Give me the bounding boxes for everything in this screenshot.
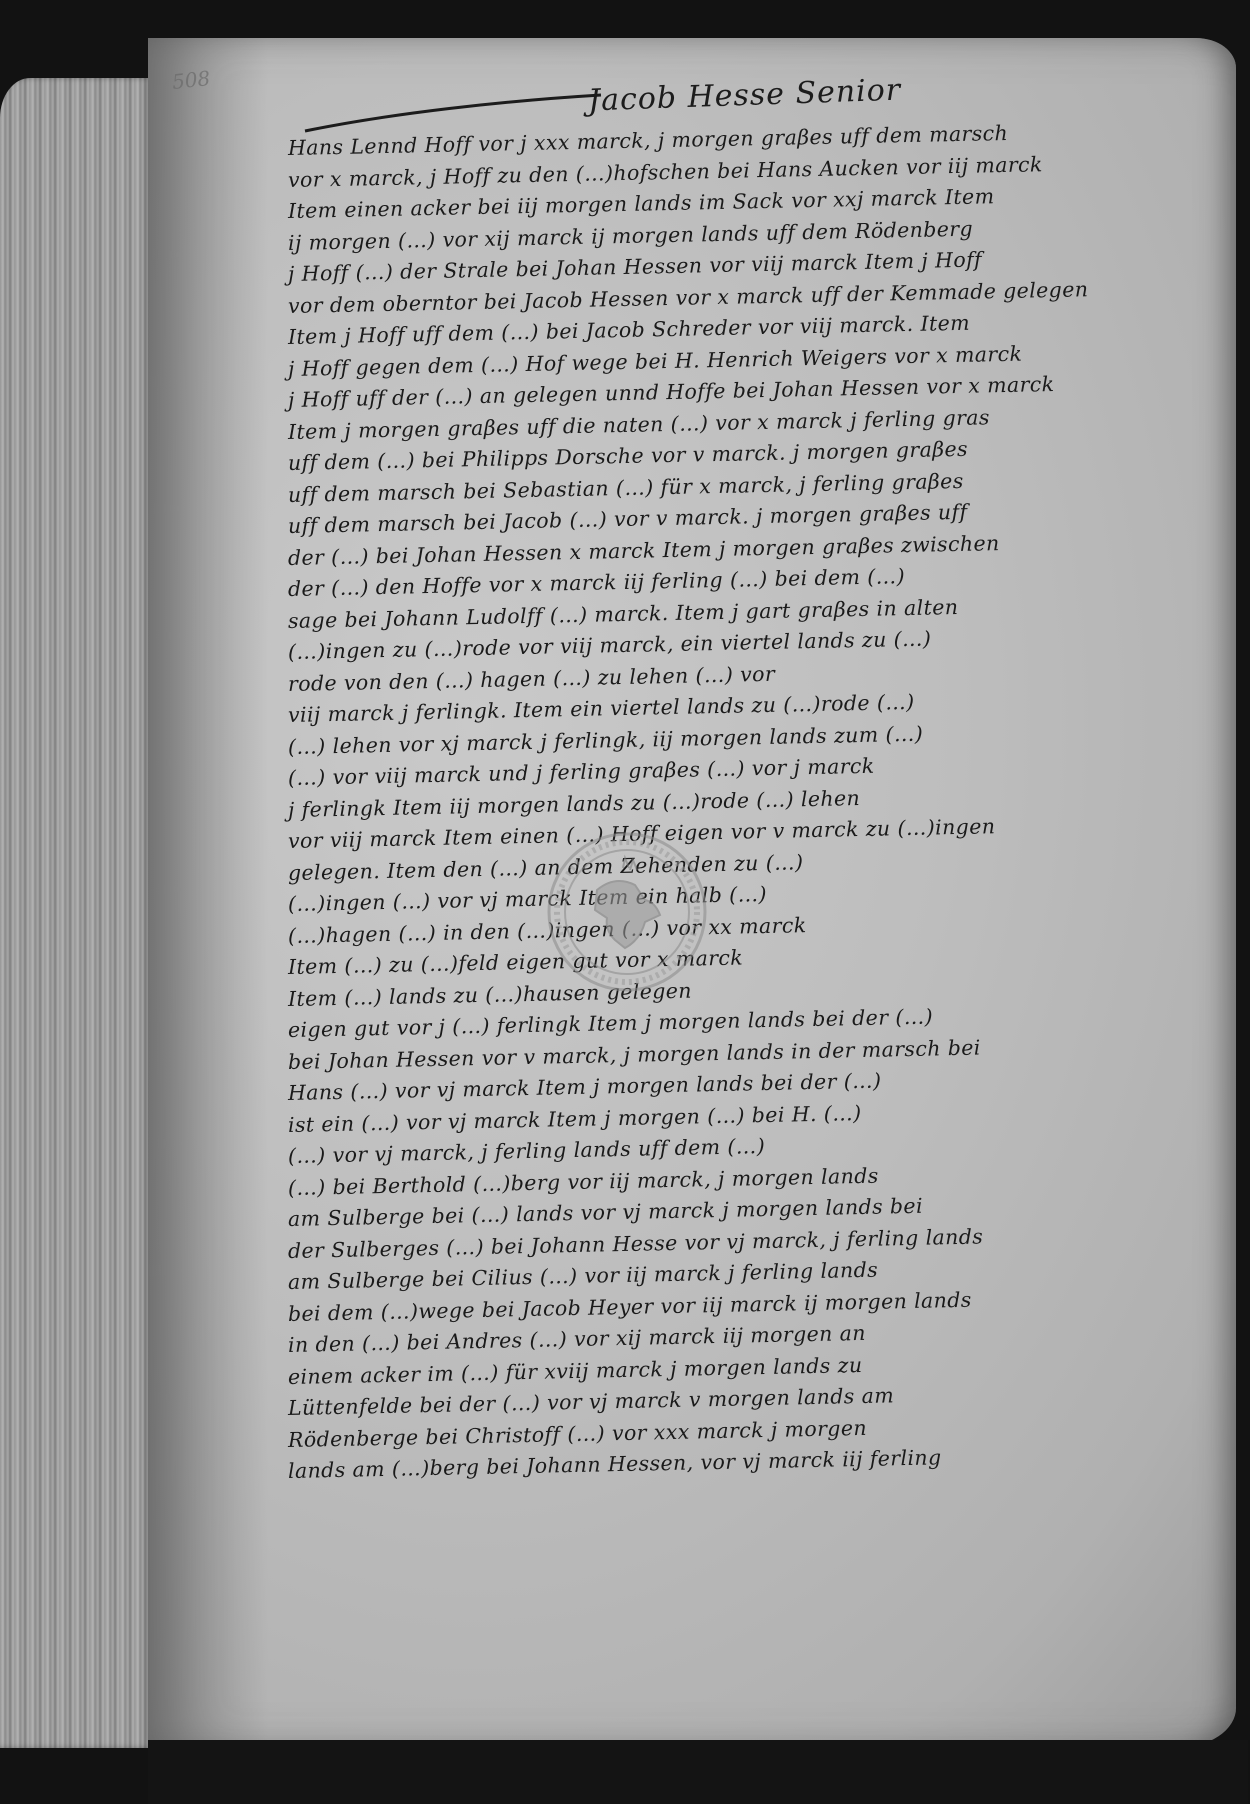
manuscript-page: 508 Jacob Hesse Senior Hans Lennd Hoff v… (148, 38, 1236, 1748)
folio-number: 508 (171, 66, 211, 94)
page-heading: Jacob Hesse Senior (587, 73, 901, 119)
background-bottom (148, 1740, 1248, 1804)
archive-seal-stamp (545, 830, 710, 995)
page-stack-edges (0, 78, 152, 1748)
manuscript-text: Hans Lennd Hoff vor j xxx marck, j morge… (288, 133, 1188, 1488)
manuscript-photo: 508 Jacob Hesse Senior Hans Lennd Hoff v… (0, 0, 1250, 1804)
